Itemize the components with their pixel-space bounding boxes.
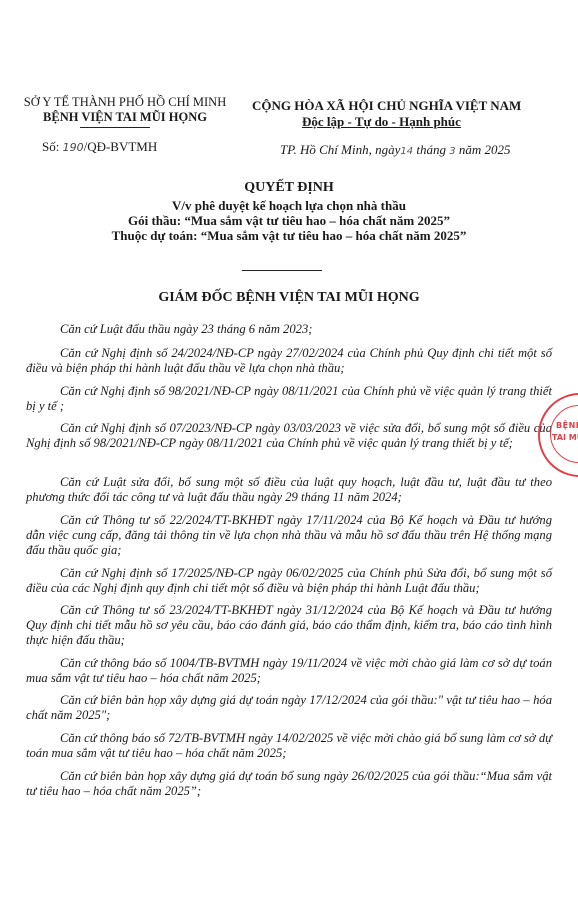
legal-basis-text: Căn cứ thông báo số 72/TB-BVTMH ngày 14/… <box>26 731 552 760</box>
legal-basis-8: Căn cứ Thông tư số 23/2024/TT-BKHĐT ngày… <box>26 603 552 648</box>
document-number: Số: 190/QĐ-BVTMH <box>42 139 157 155</box>
seal-text-line2: TAI MŨI H <box>552 433 578 442</box>
bid-package: Gói thầu: “Mua sắm vật tư tiêu hao – hóa… <box>0 213 578 229</box>
legal-basis-1: Căn cứ Luật đấu thầu ngày 23 tháng 6 năm… <box>26 322 552 337</box>
doc-number-handwritten: 190 <box>63 141 84 154</box>
doc-number-prefix: Số: <box>42 139 63 154</box>
legal-basis-9: Căn cứ thông báo số 1004/TB-BVTMH ngày 1… <box>26 656 552 686</box>
legal-basis-6: Căn cứ Thông tư số 22/2024/TT-BKHĐT ngày… <box>26 513 552 558</box>
legal-basis-7: Căn cứ Nghị định số 17/2025/NĐ-CP ngày 0… <box>26 566 552 596</box>
legal-basis-4: Căn cứ Nghị định số 07/2023/NĐ-CP ngày 0… <box>26 421 552 451</box>
legal-basis-text: Căn cứ Nghị định số 17/2025/NĐ-CP ngày 0… <box>26 566 552 595</box>
month-label: tháng <box>413 142 449 157</box>
legal-basis-10: Căn cứ biên bản họp xây dựng giá dự toán… <box>26 693 552 723</box>
legal-basis-5: Căn cứ Luật sửa đổi, bổ sung một số điều… <box>26 475 552 505</box>
legal-basis-2: Căn cứ Nghị định số 24/2024/NĐ-CP ngày 2… <box>26 346 552 376</box>
issuing-authority: GIÁM ĐỐC BỆNH VIỆN TAI MŨI HỌNG <box>0 290 578 306</box>
legal-basis-text: Căn cứ Nghị định số 98/2021/NĐ-CP ngày 0… <box>26 384 552 413</box>
place-date: TP. Hồ Chí Minh, ngày14 tháng 3 năm 2025 <box>280 142 511 158</box>
organization-name: BỆNH VIỆN TAI MŨI HỌNG <box>0 110 250 125</box>
national-motto: Độc lập - Tự do - Hạnh phúc <box>302 114 461 130</box>
document-subject: V/v phê duyệt kế hoạch lựa chọn nhà thầu <box>0 198 578 214</box>
seal-text-line1: BỆNH VI <box>556 421 578 430</box>
legal-basis-text: Căn cứ thông báo số 1004/TB-BVTMH ngày 1… <box>26 656 552 685</box>
year-label: năm 2025 <box>456 142 511 157</box>
legal-basis-text: Căn cứ Luật sửa đổi, bổ sung một số điều… <box>26 475 552 504</box>
legal-basis-text: Căn cứ Nghị định số 24/2024/NĐ-CP ngày 2… <box>26 346 552 375</box>
legal-basis-text: Căn cứ biên bản họp xây dựng giá dự toán… <box>26 693 552 722</box>
cost-estimate: Thuộc dự toán: “Mua sắm vật tư tiêu hao … <box>0 228 578 244</box>
legal-basis-text: Căn cứ Thông tư số 23/2024/TT-BKHĐT ngày… <box>26 603 552 647</box>
title-divider <box>242 270 322 271</box>
place-prefix: TP. Hồ Chí Minh, ngày <box>280 142 400 157</box>
document-title: QUYẾT ĐỊNH <box>0 180 578 196</box>
legal-basis-text: Căn cứ biên bản họp xây dựng giá dự toán… <box>26 769 552 798</box>
header-divider-left <box>80 127 150 128</box>
legal-basis-3: Căn cứ Nghị định số 98/2021/NĐ-CP ngày 0… <box>26 384 552 414</box>
legal-basis-text: Căn cứ Thông tư số 22/2024/TT-BKHĐT ngày… <box>26 513 552 557</box>
legal-basis-text: Căn cứ Nghị định số 07/2023/NĐ-CP ngày 0… <box>26 421 552 450</box>
legal-basis-12: Căn cứ biên bản họp xây dựng giá dự toán… <box>26 769 552 799</box>
parent-organization: SỞ Y TẾ THÀNH PHỐ HỒ CHÍ MINH <box>0 95 250 110</box>
legal-basis-11: Căn cứ thông báo số 72/TB-BVTMH ngày 14/… <box>26 731 552 761</box>
legal-basis-text: Căn cứ Luật đấu thầu ngày 23 tháng 6 năm… <box>26 322 312 336</box>
doc-number-suffix: /QĐ-BVTMH <box>84 139 158 154</box>
national-title: CỘNG HÒA XÃ HỘI CHỦ NGHĨA VIỆT NAM <box>252 98 521 114</box>
day-handwritten: 14 <box>400 146 413 157</box>
